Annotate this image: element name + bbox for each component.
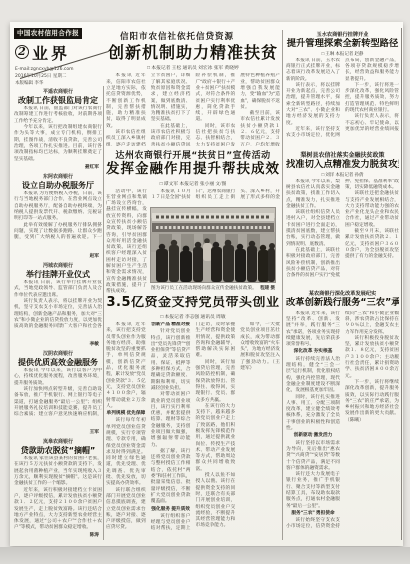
article-top-right-byline: □ 王琳 本报记者 赵静 [286,51,399,57]
brief-1-title: 改制工作获银监局肯定 [14,96,102,105]
article-right-bottom-body: 本报讯 近年来，该行坚持“改革、创新、发展”并举，践行服务“三农”承诺，各项业务… [286,311,399,533]
brief-5-author: 陈涛 [14,532,102,538]
article-center-byline: □ 谭文军 本报记者 张小丽 文/图 [106,180,280,187]
article-main-body: 本报讯 近年来，信阳市农信社立足地方实际，依托信贷资源优势，不断创新工作机制，完… [106,73,280,146]
article-center-lead-text: 本报讯 １０月１７日是全国“扶贫日”，达州农商银行组织员工走上街头、深入乡村，开… [151,189,280,207]
article-main-byline: □ 本报记者 王松 通讯员 刘宏冰 张军 黄晓婷 [106,64,280,71]
crowd-photo-illustration [151,208,275,282]
brief-1-author: 聂红军 [14,164,102,170]
brief-2-title: 设立自助办税服务厅 [14,181,102,190]
article-center: 达州农商银行开展“扶贫日”宣传活动 发挥金融作用提升帮扶成效 □ 谭文军 本报记… [106,148,280,294]
scan-bottom-shadow [0,547,410,564]
brief-1-body: 本报讯 日前，银监部门对该行农商行改制筹建工作进行考核验收，对前期各项工作给予充… [14,106,102,164]
section-row: 2 业界 [15,41,102,64]
brief-article-1: 平遥农商银行 改制工作获银监局肯定 本报讯 日前，银监部门对该行农商行改制筹建工… [14,88,102,170]
brief-2-kicker: 东阿农商银行 [14,173,102,180]
brief-article-5: 岚皋农商银行 贷款助农脱贫“摘帽” 本报讯 家住该县某村的贫困户老张，在该行５万… [14,438,102,538]
article-center-lead: 本报讯 １０月１７日是全国“扶贫日”，达州农商银行组织员工走上街头、深入乡村，开… [151,189,280,207]
article-bottom-center: 3.5亿资金支持党员带头创业 □ 本报记者 李志强 通讯员 周敏 本报讯 近年来… [106,296,280,540]
masthead: 中国农村信用合作报 2 业界 E-mail:zgncxyb@126.com 20… [14,28,102,84]
left-column-briefs: 平遥农商银行 改制工作获银监局肯定 本报讯 日前，银监部门对该行农商行改制筹建工… [14,88,102,540]
article-main: 信阳市农信社依托信贷资源 创新机制助力精准扶贫 □ 本报记者 王松 通讯员 刘宏… [106,30,280,146]
article-top-right: 玉水农商银行挂牌开业 提升管理探索全新转型路径 □ 王琳 本报记者 赵静 本报讯… [286,31,399,146]
article-right-bottom-title: 改革创新践行服务“三农”承诺 [286,298,399,309]
article-top-right-title: 提升管理探索全新转型路径 [286,39,399,50]
paper-name: 中国农村信用合作报 [14,28,82,39]
newspaper-page: 中国农村信用合作报 2 业界 E-mail:zgncxyb@126.com 20… [10,22,403,546]
article-center-column1: 活动中，该行在营业网点和集镇广场设立咨询台，悬挂宣传横幅，发放宣传资料，向群众宣… [106,189,147,294]
article-right-bottom: 某农商银行深化改革发展纪实 改革创新践行服务“三农”承诺 本报讯 近年来，该行坚… [286,290,399,540]
article-center-title: 发挥金融作用提升帮扶成效 [106,162,280,178]
brief-5-title: 贷款助农脱贫“摘帽” [14,446,102,455]
brief-5-kicker: 岚皋农商银行 [14,438,102,445]
brief-4-kicker: 汉阴农商银行 [14,350,102,357]
brief-4-body: 本报讯 今年以来，该行以客户为中心，持续优化服务流程，改善服务环境，提升服务质效… [14,368,102,429]
news-photo [151,208,275,282]
article-right-bottom-kicker: 某农商银行深化改革发展纪实 [286,290,399,297]
photo-credit: 程建 摄 [260,285,275,291]
brief-article-3: 沔城农商银行 举行挂牌开业仪式 本报讯 日前，该行举行挂牌开业仪式，当地党政领导… [14,262,102,347]
brief-1-kicker: 平遥农商银行 [14,88,102,95]
article-center-column1-text: 活动中，该行在营业网点和集镇广场设立咨询台，悬挂宣传横幅，发放宣传资料，向群众宣… [106,189,147,294]
brief-3-title: 举行挂牌开业仪式 [14,270,102,279]
article-center-kicker: 达州农商银行开展“扶贫日”宣传活动 [106,148,280,161]
page-edge-rule [401,28,402,540]
brief-2-body: 本报讯 为方便纳税人办税，日前，该行与当地税务部门合作，在营业网点设立自助办税服… [14,191,102,253]
photo-caption: 程建 摄 图为该行员工在活动现场向群众宣传金融扶贫政策。 [151,285,275,294]
newspaper-scan: { "masthead": { "paper_name": "中国农村信用合作报… [0,0,410,564]
masthead-editor: 本版编辑 李华 [15,80,102,87]
brief-3-kicker: 沔城农商银行 [14,262,102,269]
article-main-title: 创新机制助力精准扶贫 [106,44,280,62]
article-top-right-kicker: 玉水农商银行挂牌开业 [286,31,399,38]
brief-4-author: 王军 [14,429,102,435]
column-rule-right [282,30,283,540]
column-rule-left [103,86,104,540]
article-right-mid-body: 本报讯 今年以来，梨树县农信社认真落实金融扶贫政策，找准工作切入点，精准发力，扎… [286,179,399,285]
brief-article-4: 汉阴农商银行 提供优质高效金融服务 本报讯 今年以来，该行以客户为中心，持续优化… [14,350,102,435]
article-right-mid-title: 找准切入点精准发力脱贫攻坚 [286,160,399,171]
article-right-mid-byline: □ 刘洋 本报记者 孙倩 [286,172,399,178]
article-main-kicker: 信阳市农信社依托信贷资源 [106,30,280,42]
brief-article-2: 东阿农商银行 设立自助办税服务厅 本报讯 为方便纳税人办税，日前，该行与当地税务… [14,173,102,259]
article-top-right-body: 本报讯 日前，玉水农商银行正式挂牌开业，标志着该行改革发展迈入了新的阶段。该行表… [286,58,399,144]
article-bottom-center-byline: □ 本报记者 李志强 通讯员 周敏 [106,313,280,320]
page-number: 2 [15,45,29,59]
brief-4-title: 提供优质高效金融服务 [14,358,102,367]
photo-caption-text: 图为该行员工在活动现场向群众宣传金融扶贫政策。 [151,285,257,290]
brief-2-author: 赵军 [14,253,102,259]
brief-3-author: 李敏 [14,341,102,347]
article-bottom-center-title: 3.5亿资金支持党员带头创业 [106,296,280,311]
section-name: 业界 [32,41,70,64]
article-right-mid-kicker: 梨树县农信社落实金融扶贫政策 [286,150,399,159]
article-center-body: 活动中，该行在营业网点和集镇广场设立咨询台，悬挂宣传横幅，发放宣传资料，向群众宣… [106,189,280,294]
article-right-mid: 梨树县农信社落实金融扶贫政策 找准切入点精准发力脱贫攻坚 □ 刘洋 本报记者 孙… [286,150,399,288]
article-bottom-center-body: 本报讯 近年来，该行把支持党员带头创业作为服务地方经济、助推脱贫攻坚的重要抓手，… [106,322,280,538]
brief-3-body: 本报讯 日前，该行举行挂牌开业仪式，当地党政领导、监管部门负责人及合作单位代表应… [14,280,102,341]
brief-5-body: 本报讯 家住该县某村的贫困户老张，在该行５万元扶贫小额贷款的支持下，发展起食用菌… [14,456,102,532]
